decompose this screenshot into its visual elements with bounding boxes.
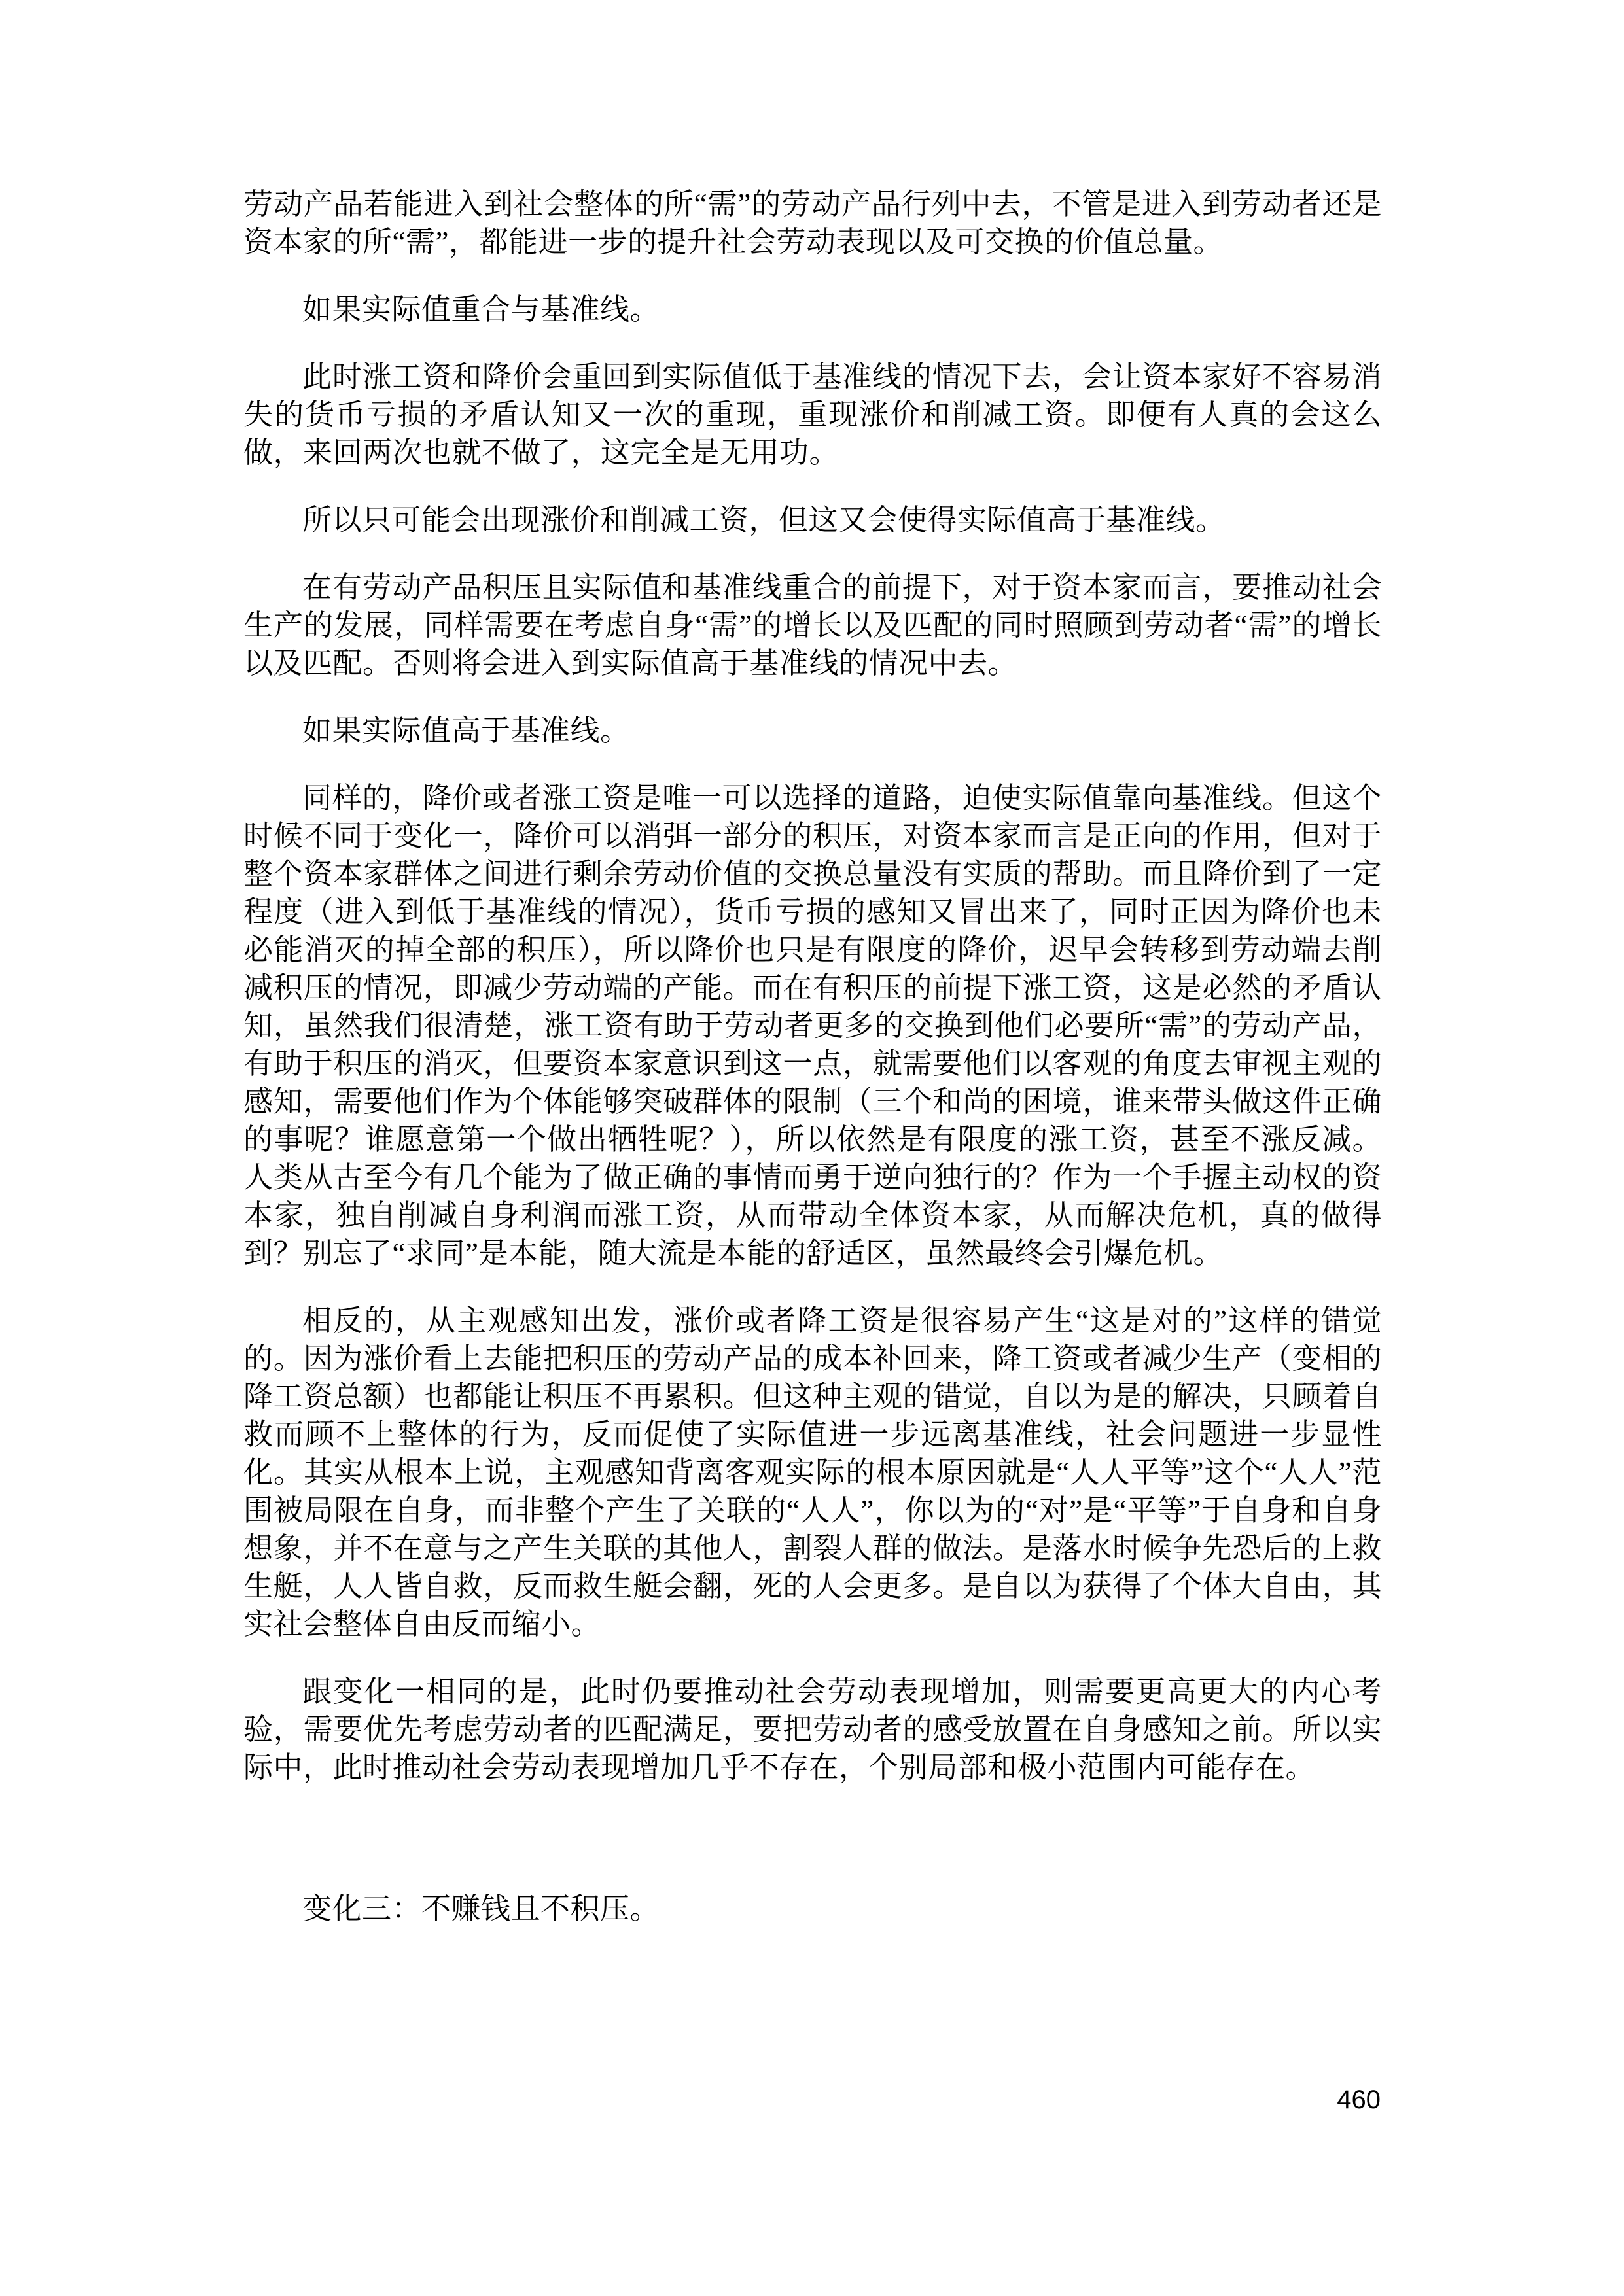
paragraph: 跟变化一相同的是，此时仍要推动社会劳动表现增加，则需要更高更大的内心考验，需要优… [243,1673,1382,1786]
paragraph: 相反的，从主观感知出发，涨价或者降工资是很容易产生“这是对的”这样的错觉的。因为… [243,1302,1382,1643]
paragraph: 劳动产品若能进入到社会整体的所“需”的劳动产品行列中去，不管是进入到劳动者还是资… [243,185,1382,261]
paragraph: 此时涨工资和降价会重回到实际值低于基准线的情况下去，会让资本家好不容易消失的货币… [243,358,1382,472]
document-page: 劳动产品若能进入到社会整体的所“需”的劳动产品行列中去，不管是进入到劳动者还是资… [0,0,1624,2296]
paragraph: 在有劳动产品积压且实际值和基准线重合的前提下，对于资本家而言，要推动社会生产的发… [243,568,1382,682]
page-number: 460 [1337,2084,1381,2115]
paragraph: 同样的，降价或者涨工资是唯一可以选择的道路，迫使实际值靠向基准线。但这个时候不同… [243,779,1382,1272]
page-body: 劳动产品若能进入到社会整体的所“需”的劳动产品行列中去，不管是进入到劳动者还是资… [243,185,1382,1957]
paragraph: 变化三：不赚钱且不积压。 [243,1890,1382,1928]
paragraph: 如果实际值重合与基准线。 [243,290,1382,328]
paragraph: 如果实际值高于基准线。 [243,712,1382,750]
paragraph: 所以只可能会出现涨价和削减工资，但这又会使得实际值高于基准线。 [243,501,1382,539]
